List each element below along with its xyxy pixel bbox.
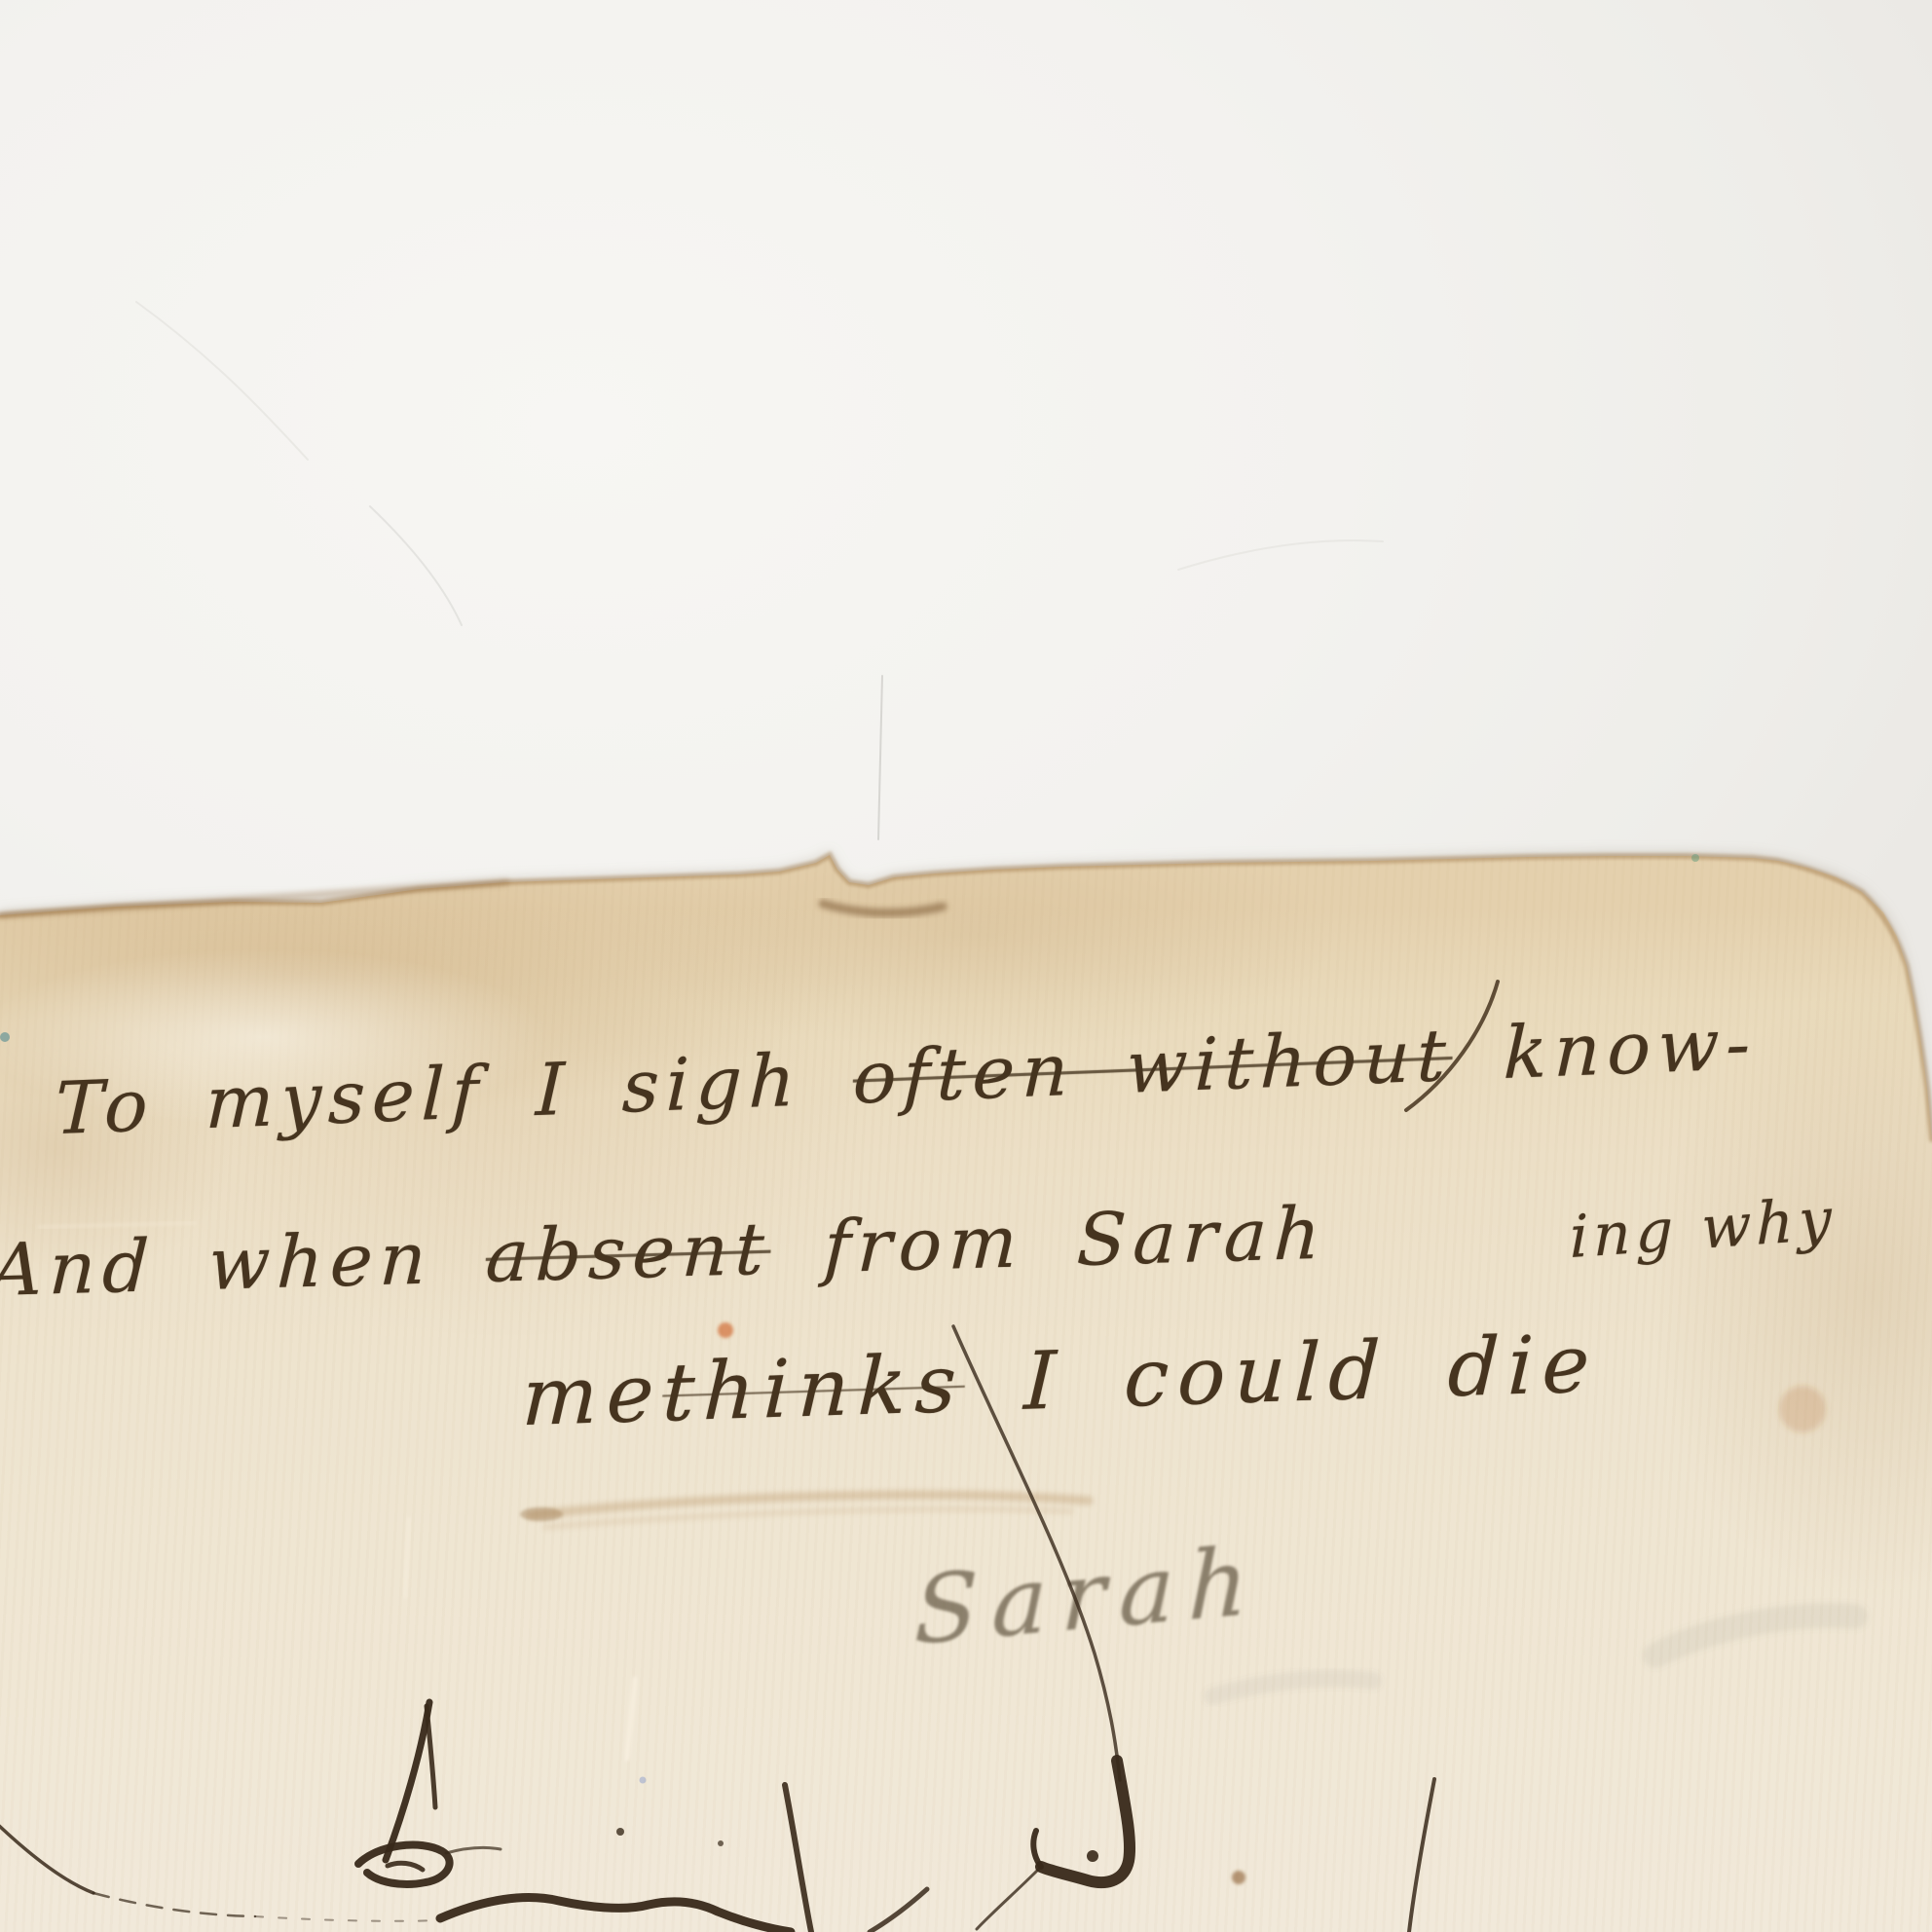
photo-of-manuscript: To myself I sigh often without know- ing… [0, 0, 1932, 1932]
line2-text-end: from Sarah [769, 1192, 1329, 1291]
line2-struck-word: absent [484, 1207, 772, 1299]
line2-text: And when [0, 1215, 488, 1313]
line3-text: me [520, 1347, 664, 1444]
line3-struck-word: thinks [661, 1338, 967, 1440]
line1-text-end: know- [1451, 1002, 1758, 1097]
